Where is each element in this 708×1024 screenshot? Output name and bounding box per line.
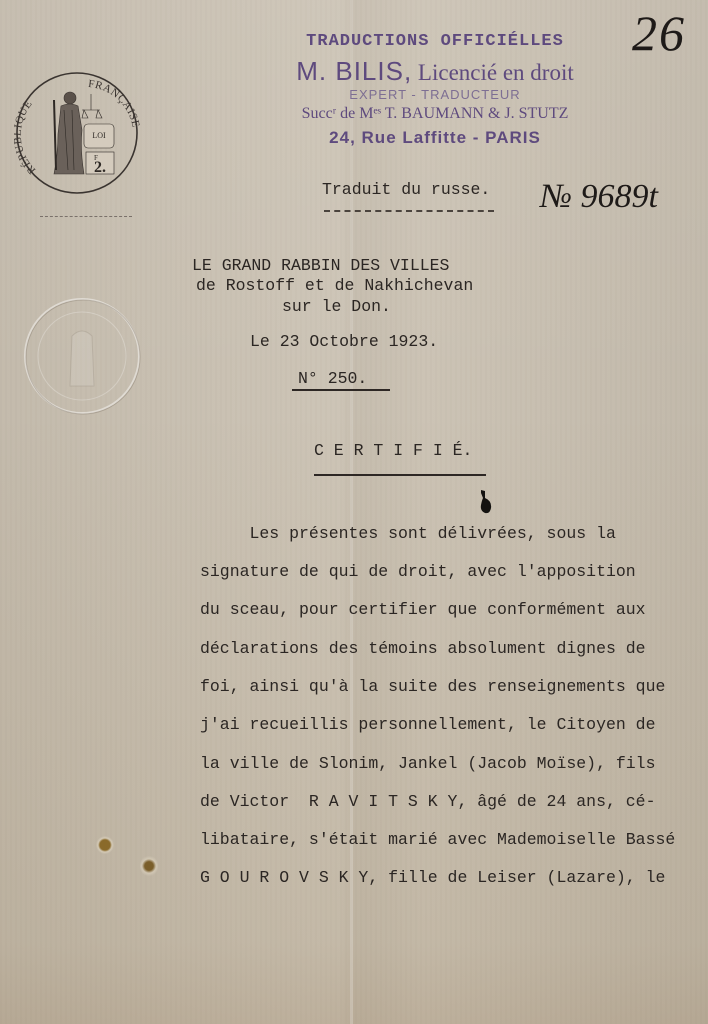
- body-line: déclarations des témoins absolument dign…: [200, 639, 646, 658]
- svg-text:2.: 2.: [94, 159, 106, 176]
- document-title: C E R T I F I É.: [314, 441, 472, 460]
- document-number-underline: [292, 389, 390, 391]
- handwritten-reference-number: № 9689t: [540, 178, 658, 216]
- stamp-line-1: TRADUCTIONS OFFICIÉLLES: [270, 32, 600, 51]
- stamp-line-4: Succʳ de Mᵉˢ T. BAUMANN & J. STUTZ: [270, 105, 600, 123]
- body-line: Les présentes sont délivrées, sous la: [200, 524, 616, 543]
- paper-hole: [140, 855, 158, 877]
- svg-text:RÉPUBLIQUE: RÉPUBLIQUE: [14, 98, 38, 176]
- body-line: signature de qui de droit, avec l'apposi…: [200, 562, 636, 581]
- translator-stamp: TRADUCTIONS OFFICIÉLLES M. BILIS, Licenc…: [270, 0, 600, 160]
- body-line: foi, ainsi qu'à la suite des renseigneme…: [200, 677, 665, 696]
- embossed-seal-icon: [22, 296, 142, 416]
- issuer-line-3: sur le Don.: [282, 297, 391, 316]
- translated-from-underline: [324, 210, 494, 212]
- stamp-line-2: M. BILIS, Licencié en droit: [270, 56, 600, 87]
- stamp-name: M. BILIS,: [296, 56, 412, 86]
- body-line: G O U R O V S K Y, fille de Leiser (Laza…: [200, 868, 665, 887]
- body-line: j'ai recueillis personnellement, le Cito…: [200, 715, 655, 734]
- republique-francaise-seal-icon: RÉPUBLIQUE FRANÇAISE LOI F 2.: [14, 70, 140, 196]
- translated-from-note: Traduit du russe.: [322, 180, 490, 199]
- ink-blot: [478, 489, 494, 520]
- body-line: de Victor R A V I T S K Y, âgé de 24 ans…: [200, 792, 655, 811]
- paper-hole: [96, 836, 114, 854]
- document-number: N° 250.: [298, 369, 367, 388]
- body-line: la ville de Slonim, Jankel (Jacob Moïse)…: [200, 754, 655, 773]
- stamp-line-3: EXPERT - TRADUCTEUR: [270, 87, 600, 102]
- stamp-title: Licencié en droit: [418, 60, 574, 85]
- seal-underline: [40, 216, 132, 217]
- handwritten-page-number: 26: [632, 4, 686, 62]
- issuer-line-2: de Rostoff et de Nakhichevan: [196, 276, 473, 295]
- svg-text:LOI: LOI: [92, 131, 106, 140]
- body-line: du sceau, pour certifier que conformémen…: [200, 600, 646, 619]
- stamp-line-5: 24, Rue Laffitte - PARIS: [270, 128, 600, 148]
- body-line: libataire, s'était marié avec Mademoisel…: [200, 830, 675, 849]
- document-date: Le 23 Octobre 1923.: [250, 332, 438, 351]
- document-title-underline: [314, 474, 486, 476]
- issuer-line-1: LE GRAND RABBIN DES VILLES: [192, 256, 449, 275]
